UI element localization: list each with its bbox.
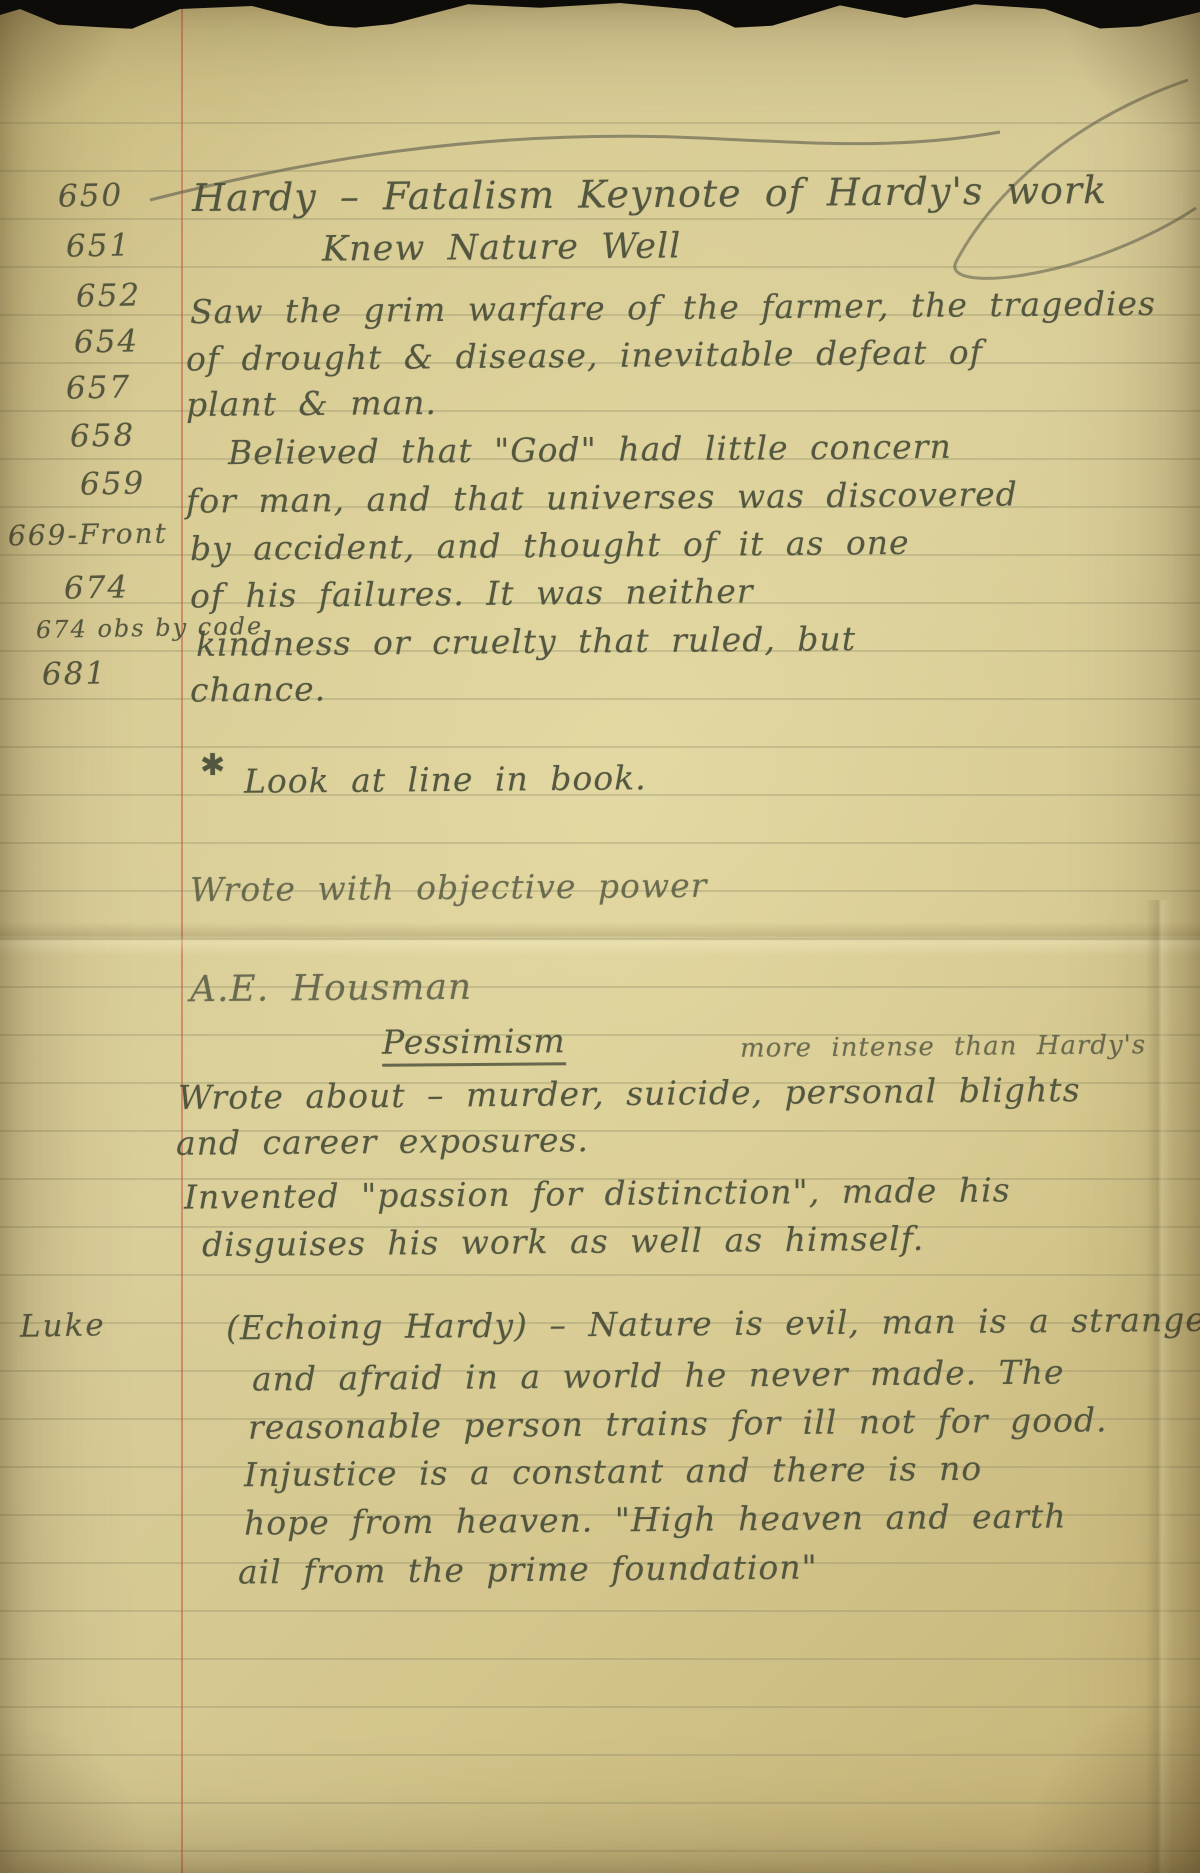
margin-number: 652 bbox=[76, 277, 142, 314]
handwritten-line: plant & man. bbox=[186, 383, 437, 424]
margin-number: 674 bbox=[64, 569, 130, 606]
handwritten-line: chance. bbox=[190, 669, 327, 709]
margin-number: 659 bbox=[80, 465, 146, 502]
handwritten-line: for man, and that universes was discover… bbox=[186, 474, 1018, 520]
margin-number: 650 bbox=[58, 177, 124, 214]
handwritten-line: and career exposures. bbox=[176, 1120, 589, 1163]
handwritten-line: by accident, and thought of it as one bbox=[190, 523, 910, 568]
margin-number: 658 bbox=[70, 417, 136, 454]
handwritten-line: of drought & disease, inevitable defeat … bbox=[186, 333, 983, 379]
handwritten-line: ail from the prime foundation" bbox=[238, 1547, 818, 1591]
margin-number: 681 bbox=[42, 655, 108, 692]
note-subtitle: Knew Nature Well bbox=[322, 226, 682, 269]
margin-number: 654 bbox=[74, 323, 140, 360]
margin-number: 651 bbox=[66, 227, 132, 264]
handwritten-line: reasonable person trains for ill not for… bbox=[248, 1400, 1108, 1446]
keyword-annotation: more intense than Hardy's bbox=[740, 1030, 1146, 1064]
handwritten-line: Injustice is a constant and there is no bbox=[244, 1449, 982, 1494]
handwritten-line: Wrote about – murder, suicide, personal … bbox=[178, 1070, 1081, 1117]
notebook-paper bbox=[0, 0, 1200, 1873]
section-heading: A.E. Housman bbox=[190, 967, 472, 1010]
handwritten-line: disguises his work as well as himself. bbox=[202, 1219, 925, 1264]
underlined-keyword: Pessimism bbox=[382, 1021, 566, 1067]
handwritten-line: of his failures. It was neither bbox=[190, 572, 754, 616]
handwritten-line: hope from heaven. "High heaven and earth bbox=[244, 1496, 1067, 1542]
handwritten-line: Invented "passion for distinction", made… bbox=[184, 1170, 1011, 1216]
handwritten-line: Wrote with objective power bbox=[190, 866, 708, 910]
handwritten-line: kindness or cruelty that ruled, but bbox=[196, 619, 856, 664]
margin-number: 657 bbox=[66, 369, 132, 406]
handwritten-line: Believed that "God" had little concern bbox=[228, 427, 952, 472]
asterisk-mark: ✱ bbox=[200, 748, 226, 783]
margin-label-luke: Luke bbox=[20, 1307, 106, 1344]
margin-number: 669-Front bbox=[8, 517, 168, 553]
handwritten-note: Look at line in book. bbox=[244, 758, 647, 801]
handwritten-line: and afraid in a world he never made. The bbox=[252, 1352, 1065, 1398]
note-title: Hardy – Fatalism Keynote of Hardy's work bbox=[192, 168, 1107, 220]
